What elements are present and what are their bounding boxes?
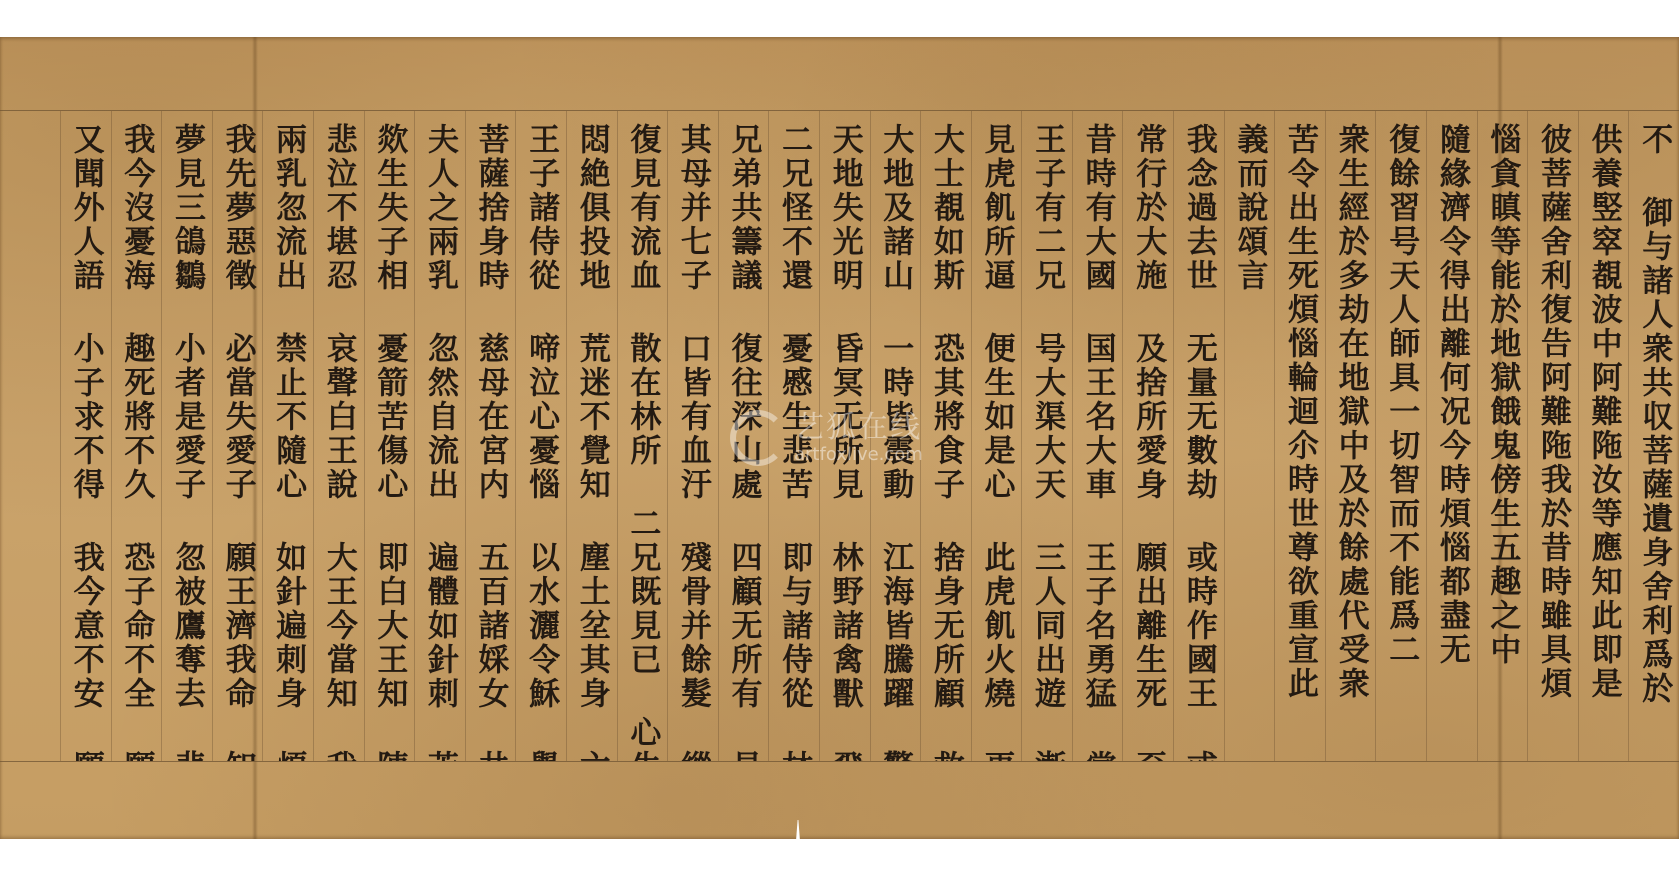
column-text: 我今沒憂海 趣死將不久 恐子命不全 願爲速求覓 bbox=[112, 111, 160, 761]
text-column: 王子諸侍從 啼泣心憂惱 以水灑令穌 舉手號咷哭 bbox=[515, 111, 566, 761]
text-column: 惱貪瞋等能於地獄餓鬼傍生五趣之中 bbox=[1477, 111, 1528, 761]
column-text: 復見有流血 散在林所 二兄既見已 心生大恐怖 bbox=[618, 111, 666, 761]
text-columns: 不 御与諸人衆共収菩薩遺身舍利爲於 供養竪窣覩波中阿難陁汝等應知此即是 彼菩薩舍… bbox=[0, 111, 1679, 761]
text-column: 大地及諸山 一時皆震動 江海皆騰躍 驚波水逆流 bbox=[870, 111, 921, 761]
text-column: 二兄怪不還 憂慼生悲苦 即与諸侍從 林藪遍尋求 bbox=[768, 111, 819, 761]
column-text: 兄弟共籌議 復往深山處 四顧无所有 見虎處空林 bbox=[720, 111, 768, 761]
column-text: 天地失光明 昏冥无所見 林野諸禽獸 飛奔豈所依 bbox=[821, 111, 869, 761]
text-column: 常行於大施 及捨所愛身 願出離生死 至妙菩提處 bbox=[1122, 111, 1173, 761]
text-column: 欻生失子相 憂箭苦傷心 即白大王知 陳斯苦惱事 bbox=[364, 111, 415, 761]
text-column: 悶絶俱投地 荒迷不覺知 塵土坌其身 六情皆失念 bbox=[566, 111, 617, 761]
text-column: 我先夢惡徵 必當失愛子 願王濟我命 知兒存与亡 bbox=[212, 111, 263, 761]
column-text: 我先夢惡徵 必當失愛子 願王濟我命 知兒存与亡 bbox=[214, 111, 262, 761]
text-column: 天地失光明 昏冥无所見 林野諸禽獸 飛奔豈所依 bbox=[819, 111, 870, 761]
text-column: 兄弟共籌議 復往深山處 四顧无所有 見虎處空林 bbox=[718, 111, 769, 761]
column-text: 大士覩如斯 恐其將食子 捨身无所顧 救子不令傷 bbox=[922, 111, 970, 761]
column-text: 夢見三鴿鶵 小者是愛子 忽被鷹奪去 悲愁難可陳 bbox=[163, 111, 211, 761]
text-column: 昔時有大國 国王名大車 王子名勇猛 常施心无恡 bbox=[1072, 111, 1123, 761]
bottom-ruled-line bbox=[0, 761, 1679, 762]
text-column: 夫人之兩乳 忽然自流出 遍體如針刺 苦痛不能安 bbox=[414, 111, 465, 761]
text-column: 衆生經於多劫在地獄中及於餘處代受衆 bbox=[1325, 111, 1376, 761]
text-column: 王子有二兄 号大渠大天 三人同出遊 漸至山林所 bbox=[1021, 111, 1072, 761]
text-column: 不 御与諸人衆共収菩薩遺身舍利爲於 bbox=[1628, 111, 1679, 761]
text-column: 復見有流血 散在林所 二兄既見已 心生大恐怖 bbox=[617, 111, 668, 761]
column-text: 常行於大施 及捨所愛身 願出離生死 至妙菩提處 bbox=[1124, 111, 1172, 761]
text-column: 兩乳忽流出 禁止不隨心 如針遍刺身 煩寃胸欲破 bbox=[262, 111, 313, 761]
text-column: 又聞外人語 小子求不得 我今意不安 願王哀憫我 bbox=[60, 111, 111, 761]
column-text: 不 御与諸人衆共収菩薩遺身舍利爲於 bbox=[1630, 111, 1678, 761]
column-text: 惱貪瞋等能於地獄餓鬼傍生五趣之中 bbox=[1478, 111, 1526, 761]
text-column: 復餘習号天人師具一切智而不能爲二 bbox=[1375, 111, 1426, 761]
column-text: 夫人之兩乳 忽然自流出 遍體如針刺 苦痛不能安 bbox=[416, 111, 464, 761]
column-text: 供養竪窣覩波中阿難陁汝等應知此即是 bbox=[1580, 111, 1628, 761]
column-text: 大地及諸山 一時皆震動 江海皆騰躍 驚波水逆流 bbox=[871, 111, 919, 761]
text-column: 其母并七子 口皆有血汙 殘骨并餘髮 縱横在地中 bbox=[667, 111, 718, 761]
column-text: 菩薩捨身時 慈母在宮内 五百諸婇女 共受於妙樂 bbox=[467, 111, 515, 761]
column-text: 苦令出生死煩惱輪迴尒時世尊欲重宣此 bbox=[1276, 111, 1324, 761]
column-text: 隨緣濟令得出離何况今時煩惱都盡无 bbox=[1428, 111, 1476, 761]
column-text: 我念過去世 无量无數劫 或時作國王 或復爲王子 bbox=[1175, 111, 1223, 761]
column-text: 王子有二兄 号大渠大天 三人同出遊 漸至山林所 bbox=[1023, 111, 1071, 761]
text-column: 見虎飢所逼 便生如是心 此虎飢火燒 更无餘可食 bbox=[971, 111, 1022, 761]
column-text: 復餘習号天人師具一切智而不能爲二 bbox=[1377, 111, 1425, 761]
text-column: 我今沒憂海 趣死將不久 恐子命不全 願爲速求覓 bbox=[111, 111, 162, 761]
column-text: 義而說頌言 bbox=[1225, 111, 1273, 761]
text-column: 隨緣濟令得出離何况今時煩惱都盡无 bbox=[1426, 111, 1477, 761]
text-column: 大士覩如斯 恐其將食子 捨身无所顧 救子不令傷 bbox=[920, 111, 971, 761]
column-text: 王子諸侍從 啼泣心憂惱 以水灑令穌 舉手號咷哭 bbox=[517, 111, 565, 761]
text-column: 我念過去世 无量无數劫 或時作國王 或復爲王子 bbox=[1173, 111, 1224, 761]
text-column: 悲泣不堪忍 哀聲白王說 大王今當知 我生大苦惱 bbox=[313, 111, 364, 761]
column-text: 衆生經於多劫在地獄中及於餘處代受衆 bbox=[1327, 111, 1375, 761]
column-text: 欻生失子相 憂箭苦傷心 即白大王知 陳斯苦惱事 bbox=[365, 111, 413, 761]
column-text: 又聞外人語 小子求不得 我今意不安 願王哀憫我 bbox=[62, 111, 110, 761]
column-text: 見虎飢所逼 便生如是心 此虎飢火燒 更无餘可食 bbox=[972, 111, 1020, 761]
text-column: 苦令出生死煩惱輪迴尒時世尊欲重宣此 bbox=[1274, 111, 1325, 761]
text-column: 夢見三鴿鶵 小者是愛子 忽被鷹奪去 悲愁難可陳 bbox=[161, 111, 212, 761]
column-text: 二兄怪不還 憂慼生悲苦 即与諸侍從 林藪遍尋求 bbox=[770, 111, 818, 761]
column-text: 悶絶俱投地 荒迷不覺知 塵土坌其身 六情皆失念 bbox=[568, 111, 616, 761]
sutra-scroll: 不 御与諸人衆共収菩薩遺身舍利爲於 供養竪窣覩波中阿難陁汝等應知此即是 彼菩薩舍… bbox=[0, 37, 1679, 839]
column-text: 悲泣不堪忍 哀聲白王說 大王今當知 我生大苦惱 bbox=[315, 111, 363, 761]
column-text: 昔時有大國 国王名大車 王子名勇猛 常施心无恡 bbox=[1074, 111, 1122, 761]
column-text: 兩乳忽流出 禁止不隨心 如針遍刺身 煩寃胸欲破 bbox=[264, 111, 312, 761]
text-column: 菩薩捨身時 慈母在宮内 五百諸婇女 共受於妙樂 bbox=[465, 111, 516, 761]
column-text: 其母并七子 口皆有血汙 殘骨并餘髮 縱横在地中 bbox=[669, 111, 717, 761]
text-column: 義而說頌言 bbox=[1224, 111, 1275, 761]
column-text: 彼菩薩舍利復告阿難陁我於昔時雖具煩 bbox=[1529, 111, 1577, 761]
text-column: 供養竪窣覩波中阿難陁汝等應知此即是 bbox=[1578, 111, 1629, 761]
text-column: 彼菩薩舍利復告阿難陁我於昔時雖具煩 bbox=[1527, 111, 1578, 761]
